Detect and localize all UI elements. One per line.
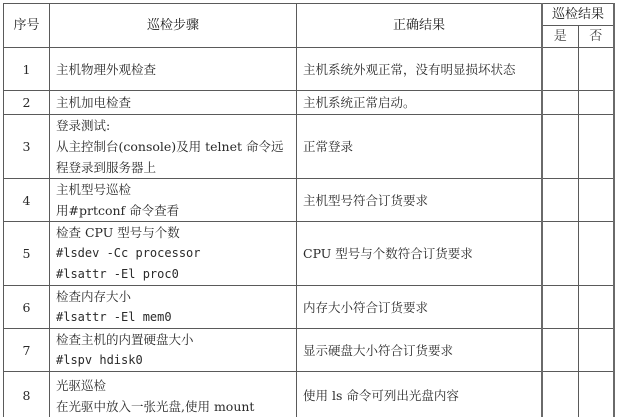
step-cell: 光驱巡检 在光驱中放入一张光盘,使用 mount	[50, 372, 297, 417]
row-number: 3	[4, 115, 50, 179]
yes-check-cell[interactable]	[542, 91, 578, 115]
step-cell: 检查 CPU 型号与个数 #lsdev -Cc processor #lsatt…	[50, 222, 297, 286]
yes-check-cell[interactable]	[542, 48, 578, 91]
no-check-cell[interactable]	[578, 115, 614, 179]
yes-check-cell[interactable]	[542, 286, 578, 329]
row-number: 8	[4, 372, 50, 417]
step-cell: 检查内存大小 #lsattr -El mem0	[50, 286, 297, 329]
header-yes: 是	[542, 26, 578, 48]
step-line: 主机物理外观检查	[56, 59, 290, 80]
table-row: 4 主机型号巡检 用#prtconf 命令查看 主机型号符合订货要求	[4, 179, 615, 222]
table-row: 2 主机加电检查 主机系统正常启动。	[4, 91, 615, 115]
yes-check-cell[interactable]	[542, 372, 578, 417]
step-line: 从主控制台(console)及用 telnet 命令远程登录到服务器上	[56, 136, 290, 178]
step-line: 主机型号巡检	[56, 179, 290, 200]
header-row: 序号 巡检步骤 正确结果 巡检结果	[4, 4, 615, 26]
step-cell: 登录测试: 从主控制台(console)及用 telnet 命令远程登录到服务器…	[50, 115, 297, 179]
expected-cell: 主机系统外观正常，没有明显损坏状态	[297, 48, 543, 91]
no-check-cell[interactable]	[578, 222, 614, 286]
expected-cell: 主机系统正常启动。	[297, 91, 543, 115]
step-line: 检查内存大小	[56, 286, 290, 307]
row-number: 1	[4, 48, 50, 91]
step-line: 检查 CPU 型号与个数	[56, 222, 290, 243]
step-line: 光驱巡检	[56, 375, 290, 396]
header-step: 巡检步骤	[50, 4, 297, 48]
table-row: 8 光驱巡检 在光驱中放入一张光盘,使用 mount 使用 ls 命令可列出光盘…	[4, 372, 615, 417]
step-line: 登录测试:	[56, 115, 290, 136]
header-no: 序号	[4, 4, 50, 48]
step-line: 用#prtconf 命令查看	[56, 200, 290, 221]
header-no-option: 否	[578, 26, 614, 48]
expected-cell: 使用 ls 命令可列出光盘内容	[297, 372, 543, 417]
table-row: 1 主机物理外观检查 主机系统外观正常，没有明显损坏状态	[4, 48, 615, 91]
step-line: 主机加电检查	[56, 92, 290, 113]
header-outcome-group: 巡检结果	[542, 4, 614, 26]
no-check-cell[interactable]	[578, 372, 614, 417]
row-number: 7	[4, 329, 50, 372]
step-line: 检查主机的内置硬盘大小	[56, 329, 290, 350]
row-number: 4	[4, 179, 50, 222]
yes-check-cell[interactable]	[542, 329, 578, 372]
command-line: #lspv hdisk0	[56, 350, 290, 371]
no-check-cell[interactable]	[578, 48, 614, 91]
command-line: #lsattr -El proc0	[56, 264, 290, 285]
step-line: 在光驱中放入一张光盘,使用 mount	[56, 396, 290, 417]
no-check-cell[interactable]	[578, 91, 614, 115]
header-expected: 正确结果	[297, 4, 543, 48]
expected-cell: CPU 型号与个数符合订货要求	[297, 222, 543, 286]
no-check-cell[interactable]	[578, 329, 614, 372]
inspection-table: 序号 巡检步骤 正确结果 巡检结果 是 否 1 主机物理外观检查 主机系统外观正…	[3, 3, 615, 417]
table-row: 3 登录测试: 从主控制台(console)及用 telnet 命令远程登录到服…	[4, 115, 615, 179]
yes-check-cell[interactable]	[542, 222, 578, 286]
command-line: #lsdev -Cc processor	[56, 243, 290, 264]
no-check-cell[interactable]	[578, 286, 614, 329]
expected-cell: 正常登录	[297, 115, 543, 179]
yes-check-cell[interactable]	[542, 115, 578, 179]
step-cell: 主机加电检查	[50, 91, 297, 115]
row-number: 2	[4, 91, 50, 115]
row-number: 5	[4, 222, 50, 286]
yes-check-cell[interactable]	[542, 179, 578, 222]
table-row: 5 检查 CPU 型号与个数 #lsdev -Cc processor #lsa…	[4, 222, 615, 286]
step-cell: 检查主机的内置硬盘大小 #lspv hdisk0	[50, 329, 297, 372]
no-check-cell[interactable]	[578, 179, 614, 222]
table-row: 6 检查内存大小 #lsattr -El mem0 内存大小符合订货要求	[4, 286, 615, 329]
step-cell: 主机型号巡检 用#prtconf 命令查看	[50, 179, 297, 222]
expected-cell: 内存大小符合订货要求	[297, 286, 543, 329]
table-row: 7 检查主机的内置硬盘大小 #lspv hdisk0 显示硬盘大小符合订货要求	[4, 329, 615, 372]
command-line: #lsattr -El mem0	[56, 307, 290, 328]
expected-cell: 主机型号符合订货要求	[297, 179, 543, 222]
expected-cell: 显示硬盘大小符合订货要求	[297, 329, 543, 372]
row-number: 6	[4, 286, 50, 329]
step-cell: 主机物理外观检查	[50, 48, 297, 91]
